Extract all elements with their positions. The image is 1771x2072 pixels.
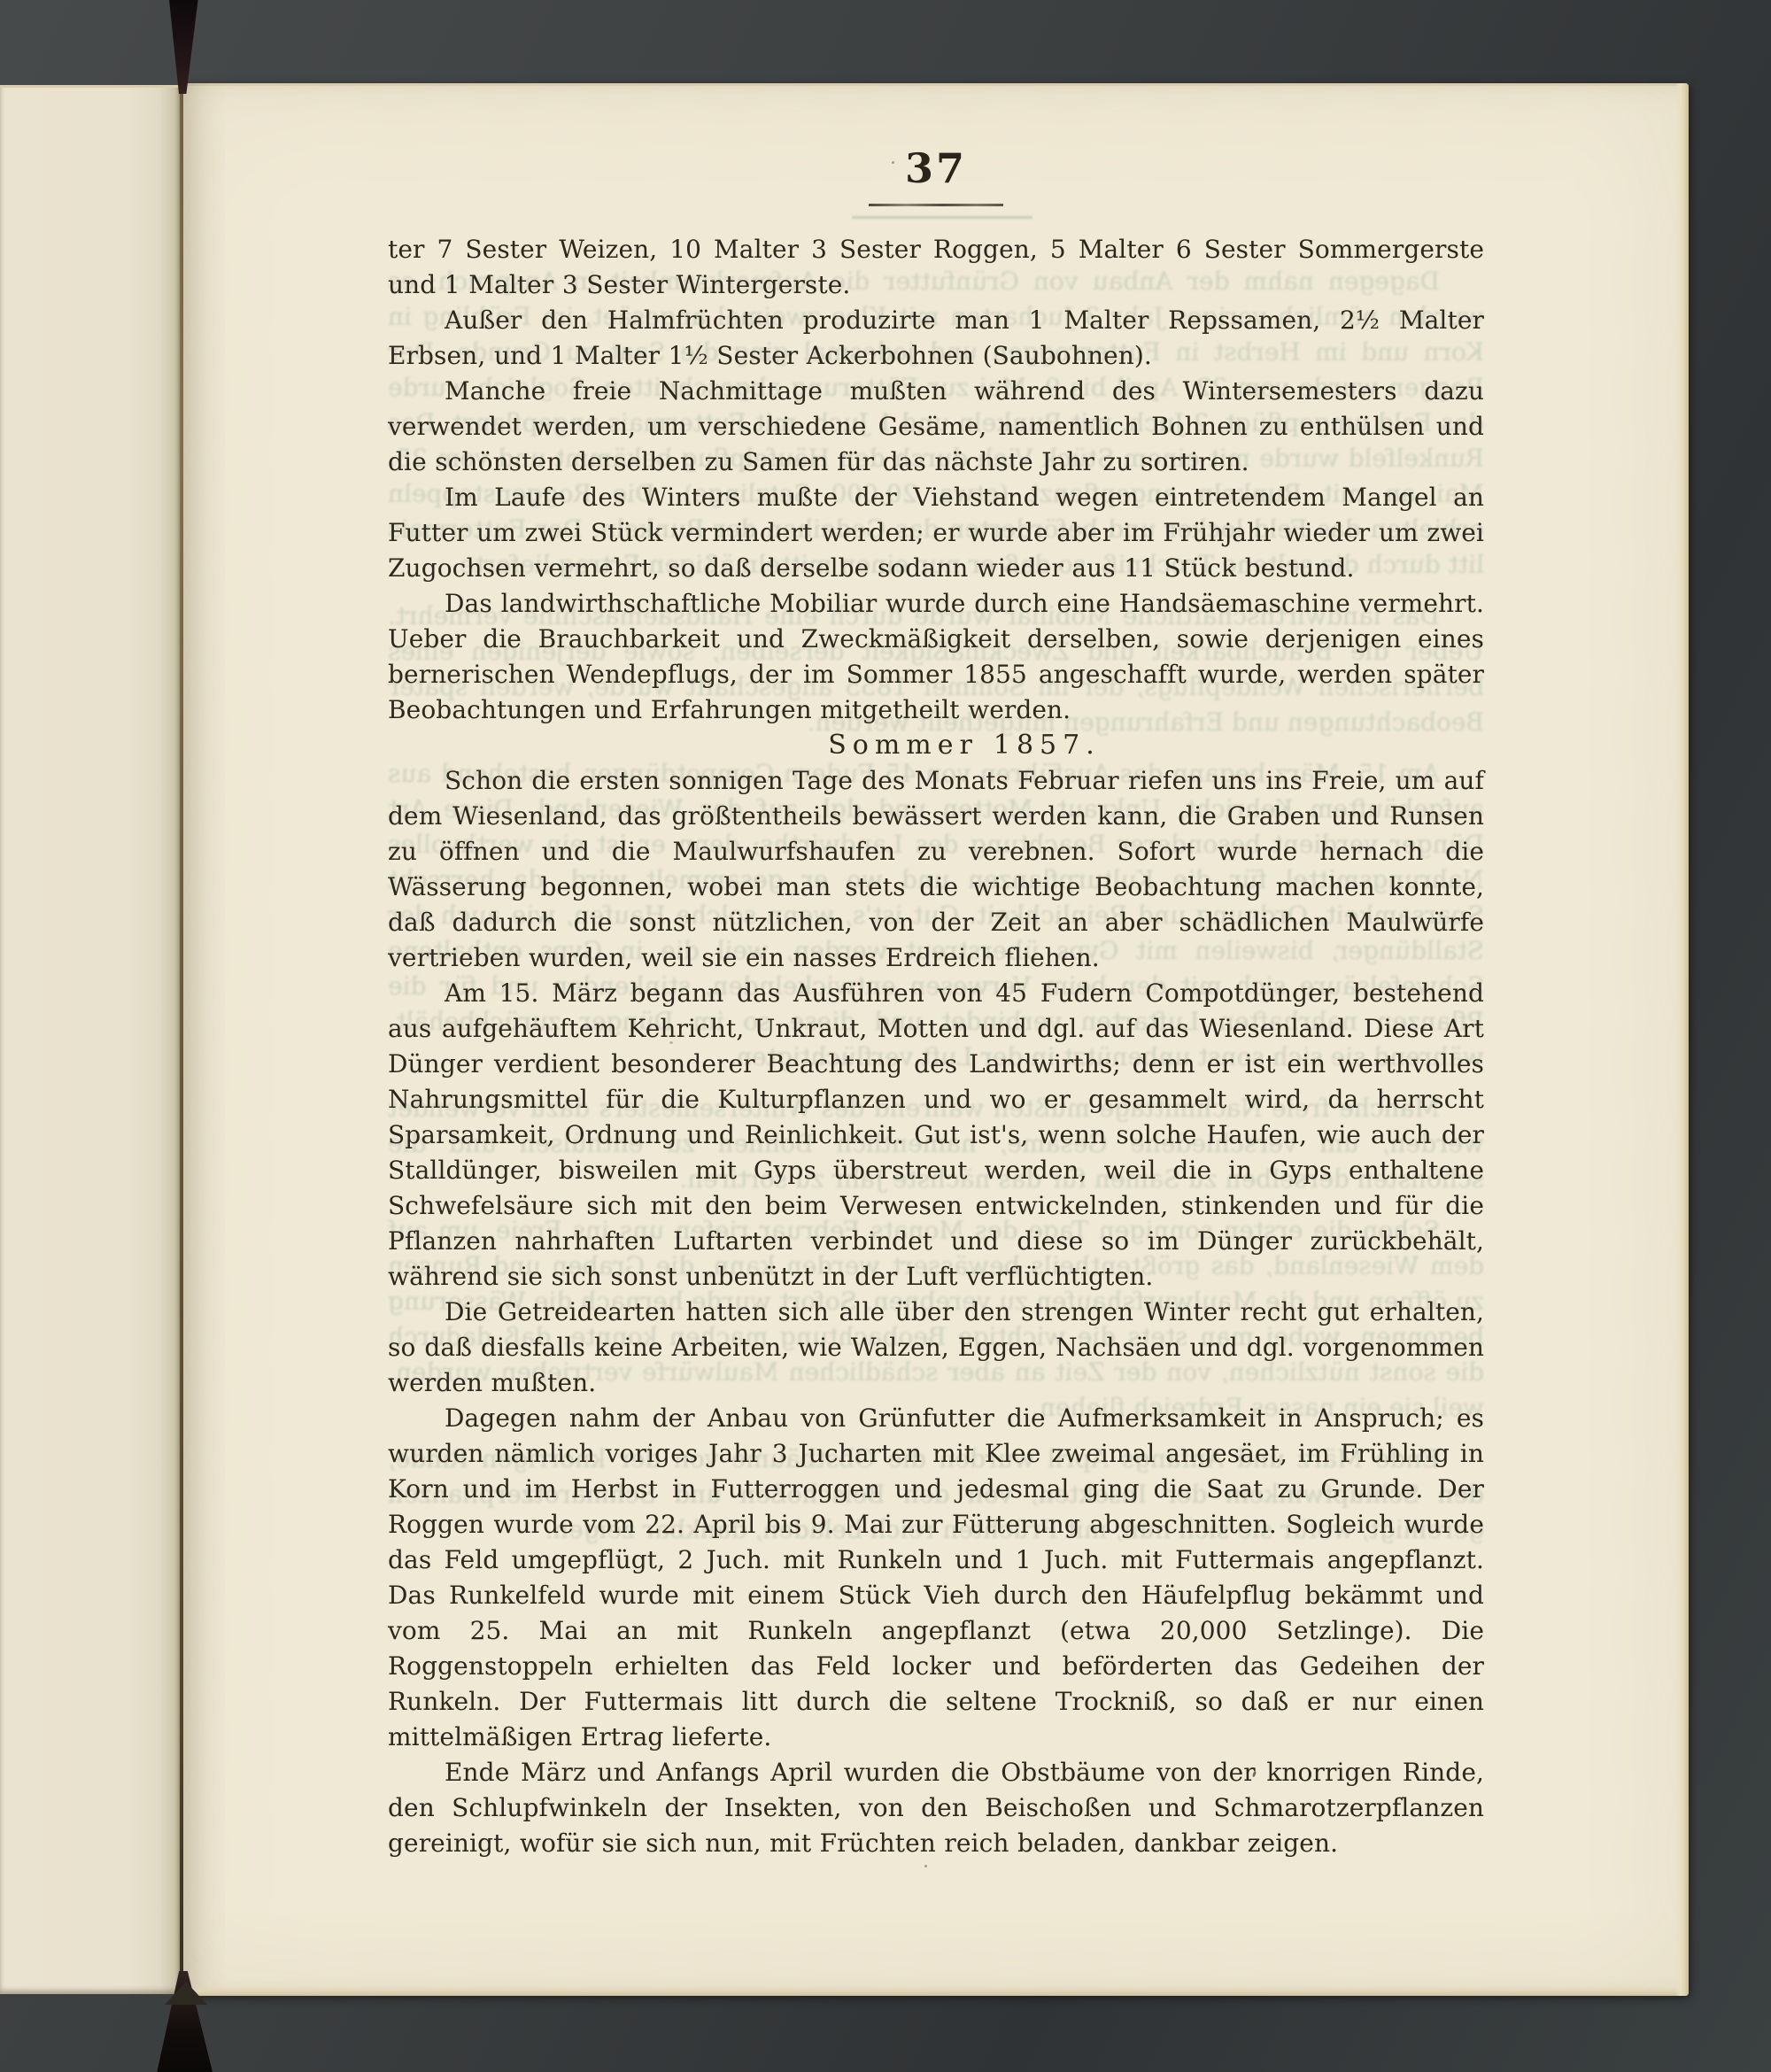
paragraph: ter 7 Sester Weizen, 10 Malter 3 Sester … [388,232,1484,303]
page-number-rule [869,204,1003,206]
paragraph: Manche freie Nachmittage mußten während … [388,374,1484,480]
paper-speck [892,161,894,164]
paragraph: Außer den Halmfrüchten produzirte man 1 … [388,303,1484,374]
paragraph: Dagegen nahm der Anbau von Grünfutter di… [388,1401,1484,1755]
paragraph: Die Getreidearten hatten sich alle über … [388,1295,1484,1401]
page-number-rule-showthrough [852,216,1032,219]
bookmark-ribbon-top [163,0,202,94]
scanned-book-spread: Dagegen nahm der Anbau von Grünfutter di… [0,0,1771,2072]
paper-speck [924,1865,927,1867]
section-heading: Sommer 1857. [388,728,1484,763]
facing-page-edge [0,85,182,1994]
paragraph: Im Laufe des Winters mußte der Viehstand… [388,480,1484,586]
page-number: 37 [388,143,1484,193]
paragraph: Das landwirthschaftliche Mobiliar wurde … [388,586,1484,728]
paper-speck [669,1041,673,1044]
paragraph: Ende März und Anfangs April wurden die O… [388,1755,1484,1861]
paragraph: Am 15. März begann das Ausführen von 45 … [388,976,1484,1295]
paragraph: Schon die ersten sonnigen Tage des Monat… [388,763,1484,976]
body-text: ter 7 Sester Weizen, 10 Malter 3 Sester … [388,232,1484,1861]
